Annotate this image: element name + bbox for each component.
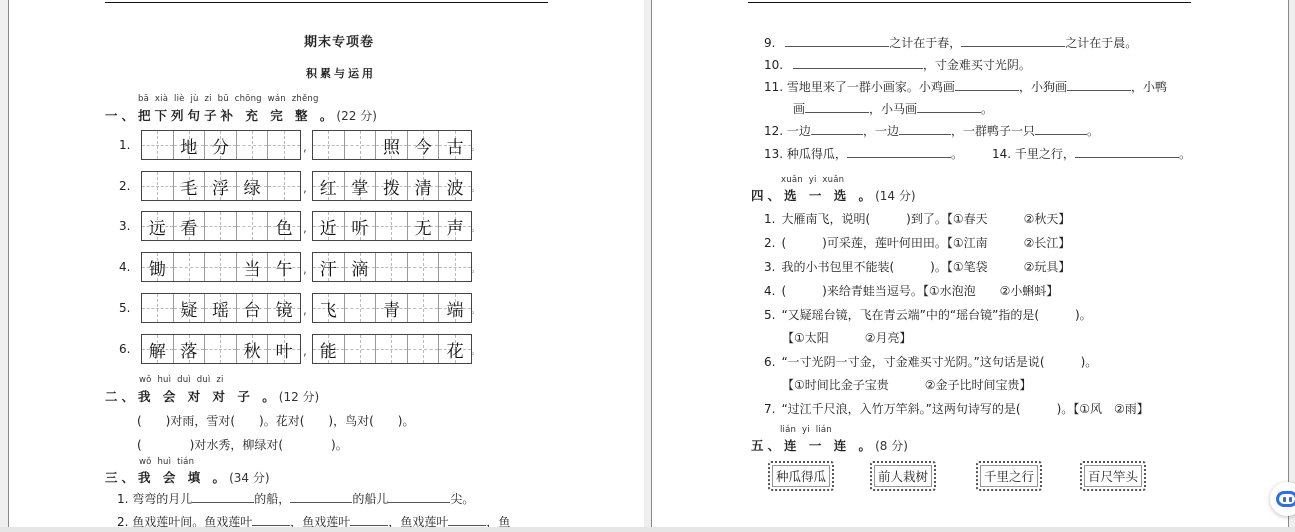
grid-cell[interactable]: 滴 xyxy=(345,253,377,281)
grid-cell[interactable]: 当 xyxy=(237,253,269,281)
grid-char: 清 xyxy=(415,174,432,199)
grid-char: 花 xyxy=(447,337,464,362)
question-text: 大雁南飞，说明( )到了。 xyxy=(781,212,946,226)
grid-cell[interactable]: 瑶 xyxy=(205,294,237,322)
grid-char: 青 xyxy=(383,296,400,321)
grid-char: 无 xyxy=(415,214,432,239)
answer-blank[interactable] xyxy=(899,122,951,135)
item-text: ，寸金难买寸光阴。 xyxy=(923,58,1031,72)
fill-item-13: 13. 种瓜得瓜，。 xyxy=(764,145,963,162)
grid-row-number: 4. xyxy=(119,260,130,274)
item-number: 1. xyxy=(117,492,128,506)
fill-item-10: 10. ，寸金难买寸光阴。 xyxy=(764,56,1031,73)
question-text: “又疑瑶台镜，飞在青云端”中的“瑶台镜”指的是( )。 xyxy=(781,308,1091,322)
grid-cell[interactable] xyxy=(237,212,269,240)
grid-cell[interactable] xyxy=(439,253,471,281)
grid-char: 疑 xyxy=(180,296,197,321)
item-text: 的船儿 xyxy=(352,492,388,506)
grid-char: 当 xyxy=(244,255,261,280)
grid-char: 声 xyxy=(447,214,464,239)
grid-cell[interactable]: 镜 xyxy=(268,294,300,322)
grid-cell[interactable] xyxy=(345,335,377,363)
answer-options[interactable]: 【①水泡泡 ②小蝌蚪】 xyxy=(923,284,1059,298)
answer-blank[interactable] xyxy=(388,490,450,503)
answer-blank[interactable] xyxy=(961,34,1065,47)
grid-cell[interactable]: 午 xyxy=(268,253,300,281)
grid-comma: , xyxy=(303,344,307,358)
item-number: 7. xyxy=(764,402,775,416)
grid-box-right: 照今古 xyxy=(312,130,472,160)
grid-box-left: 疑瑶台镜 xyxy=(141,293,301,323)
item-text: 的船， xyxy=(254,492,290,506)
grid-cell[interactable] xyxy=(205,253,237,281)
grid-char: 分 xyxy=(212,133,229,158)
grid-char: 午 xyxy=(276,255,293,280)
grid-cell[interactable] xyxy=(345,131,377,159)
couplet-line-1: ( )对雨，雪对( )。花对( )，鸟对( )。 xyxy=(137,412,414,429)
document-title: 期末专项卷 xyxy=(304,31,374,50)
grid-char: 掌 xyxy=(351,174,368,199)
item-text: 弯弯的月儿 xyxy=(132,492,192,506)
grid-char: 远 xyxy=(149,214,166,239)
answer-blank[interactable] xyxy=(350,513,388,526)
item-text: ，小鸭 xyxy=(1131,80,1167,94)
grid-cell[interactable] xyxy=(376,212,408,240)
item-text: ，鱼戏莲叶 xyxy=(290,515,350,527)
grid-char: 看 xyxy=(180,214,197,239)
grid-box-right: 近听无声 xyxy=(312,211,472,241)
section1-pinyin: bā xià liè jù zi bū chōng wán zhěng xyxy=(138,94,319,104)
item-text: ，小狗画 xyxy=(1019,80,1067,94)
item-text: 之计在于春， xyxy=(889,36,961,50)
question-text: 我的小书包里不能装( )。 xyxy=(781,260,946,274)
grid-cell[interactable]: 分 xyxy=(205,131,237,159)
grid-cell[interactable] xyxy=(268,131,300,159)
item-number: 9. xyxy=(764,36,775,50)
header-rule xyxy=(748,2,1191,3)
grid-row-number: 6. xyxy=(119,342,130,356)
grid-char: 色 xyxy=(276,214,293,239)
choice-item-5-options-line: 【①太阳 ②月亮】 xyxy=(782,329,912,346)
grid-cell[interactable] xyxy=(408,253,440,281)
section2-heading: 二、我 会 对 对 子 。(12 分) xyxy=(105,387,319,405)
grid-cell[interactable]: 浮 xyxy=(205,172,237,200)
chat-bubble-icon xyxy=(1276,491,1295,507)
grid-cell[interactable]: 地 xyxy=(174,131,206,159)
item-number: 13. xyxy=(764,147,783,161)
grid-char: 今 xyxy=(415,133,432,158)
match-card-4[interactable]: 百尺竿头 xyxy=(1080,461,1146,491)
grid-cell[interactable]: 花 xyxy=(439,335,471,363)
grid-cell[interactable] xyxy=(174,253,206,281)
item-text: 一边 xyxy=(787,124,811,138)
answer-blank[interactable] xyxy=(917,100,981,113)
grid-cell[interactable]: 汗 xyxy=(313,253,345,281)
page-right: 9. 之计在于春，之计在于晨。 10. ，寸金难买寸光阴。 11. 雪地里来了一… xyxy=(651,0,1289,527)
item-number: 2. xyxy=(117,515,128,527)
item-text: 尖。 xyxy=(450,492,474,506)
answer-blank[interactable] xyxy=(793,56,923,69)
question-text: “过江千尺浪，入竹万竿斜。”这两句诗写的是( )。 xyxy=(781,402,1073,416)
section4-points: (14 分) xyxy=(875,189,915,203)
answer-blank[interactable] xyxy=(252,513,290,526)
grid-cell[interactable]: 掌 xyxy=(345,172,377,200)
document-subtitle: 积累与运用 xyxy=(306,65,376,81)
grid-box-left: 毛浮绿 xyxy=(141,171,301,201)
choice-item-2: 2.( )可采莲，莲叶何田田。【①江南 ②长江】 xyxy=(764,234,1070,251)
grid-cell[interactable]: 色 xyxy=(268,212,300,240)
item-text: 千里之行， xyxy=(1015,147,1075,161)
grid-char: 照 xyxy=(383,133,400,158)
item-text: ，鱼戏莲叶 xyxy=(388,515,448,527)
page-left: 期末专项卷 积累与运用 bā xià liè jù zi bū chōng wá… xyxy=(8,0,644,527)
grid-cell[interactable]: 声 xyxy=(439,212,471,240)
grid-cell[interactable] xyxy=(408,335,440,363)
item-text: 鱼戏莲叶间。鱼戏莲叶 xyxy=(132,515,252,527)
section4-heading: 四、选 一 选 。(14 分) xyxy=(751,186,916,204)
section1-heading: 一、把下列句子补 充 完 整 。(22 分) xyxy=(105,106,377,124)
grid-box-right: 飞青端 xyxy=(312,293,472,323)
section5-heading: 五、连 一 连 。(8 分) xyxy=(751,436,908,454)
grid-cell[interactable]: 看 xyxy=(174,212,206,240)
grid-cell[interactable]: 清 xyxy=(408,172,440,200)
item-number: 11. xyxy=(764,80,783,94)
section3-points: (34 分) xyxy=(229,471,269,485)
grid-comma: , xyxy=(303,181,307,195)
section5-points: (8 分) xyxy=(875,439,908,453)
answer-options[interactable]: 【①时间比金子宝贵 ②金子比时间宝贵】 xyxy=(782,378,1032,392)
choice-item-4: 4.( )来给青蛙当逗号。【①水泡泡 ②小蝌蚪】 xyxy=(764,282,1058,299)
grid-char: 毛 xyxy=(180,174,197,199)
answer-options[interactable]: 【①江南 ②长江】 xyxy=(947,236,1071,250)
grid-cell[interactable] xyxy=(205,335,237,363)
grid-cell[interactable] xyxy=(376,253,408,281)
grid-row-number: 1. xyxy=(119,138,130,152)
grid-period: 。 xyxy=(471,344,480,357)
grid-char: 拨 xyxy=(383,174,400,199)
item-number: 2. xyxy=(764,236,775,250)
grid-char: 波 xyxy=(447,174,464,199)
item-text: 。 xyxy=(951,147,963,161)
choice-item-6-options-line: 【①时间比金子宝贵 ②金子比时间宝贵】 xyxy=(782,376,1032,393)
grid-cell[interactable] xyxy=(345,294,377,322)
grid-cell[interactable] xyxy=(408,294,440,322)
match-card-1[interactable]: 种瓜得瓜 xyxy=(768,461,834,491)
answer-blank[interactable] xyxy=(805,100,869,113)
grid-cell[interactable]: 远 xyxy=(142,212,174,240)
item-text: ，一边 xyxy=(863,124,899,138)
grid-box-right: 汗滴 xyxy=(312,252,472,282)
section2-pinyin: wǒ huì duì duì zi xyxy=(139,375,224,385)
grid-cell[interactable] xyxy=(205,212,237,240)
grid-period: 。 xyxy=(471,221,480,234)
grid-period: 。 xyxy=(471,303,480,316)
match-card-3[interactable]: 千里之行 xyxy=(976,461,1042,491)
item-text: 之计在于晨。 xyxy=(1065,36,1137,50)
grid-cell[interactable]: 疑 xyxy=(174,294,206,322)
grid-char: 地 xyxy=(180,133,197,158)
grid-char: 瑶 xyxy=(212,296,229,321)
section1-points: (22 分) xyxy=(336,109,376,123)
grid-cell[interactable] xyxy=(142,294,174,322)
grid-box-left: 远看色 xyxy=(141,211,301,241)
choice-item-1: 1.大雁南飞，说明( )到了。【①春天 ②秋天】 xyxy=(764,210,1070,227)
grid-cell[interactable]: 红 xyxy=(313,172,345,200)
grid-cell[interactable]: 近 xyxy=(313,212,345,240)
grid-cell[interactable]: 听 xyxy=(345,212,377,240)
section5-heading-text: 五、连 一 连 。 xyxy=(751,438,875,453)
question-text: “一寸光阴一寸金，寸金难买寸光阴。”这句话是说( )。 xyxy=(781,355,1097,369)
section4-heading-text: 四、选 一 选 。 xyxy=(751,188,875,203)
item-text: 雪地里来了一群小画家。小鸡画 xyxy=(787,80,955,94)
item-number: 4. xyxy=(764,284,775,298)
section3-heading: 三、我 会 填 。(34 分) xyxy=(105,468,270,486)
item-number: 1. xyxy=(764,212,775,226)
grid-cell[interactable]: 绿 xyxy=(237,172,269,200)
grid-char: 绿 xyxy=(244,174,261,199)
answer-options[interactable]: 【①风 ②雨】 xyxy=(1073,402,1149,416)
grid-box-left: 地分 xyxy=(141,130,301,160)
item-number: 10. xyxy=(764,58,783,72)
grid-period: 。 xyxy=(471,262,480,275)
grid-char: 端 xyxy=(447,296,464,321)
grid-comma: , xyxy=(303,262,307,276)
grid-char: 飞 xyxy=(320,296,337,321)
grid-cell[interactable]: 叶 xyxy=(268,335,300,363)
question-text: ( )来给青蛙当逗号。 xyxy=(781,284,922,298)
grid-char: 听 xyxy=(351,214,368,239)
answer-blank[interactable] xyxy=(290,490,352,503)
grid-char: 秋 xyxy=(244,337,261,362)
grid-row-number: 5. xyxy=(119,301,130,315)
grid-cell[interactable] xyxy=(268,172,300,200)
answer-blank[interactable] xyxy=(785,34,889,47)
grid-row-number: 2. xyxy=(119,179,130,193)
choice-item-7: 7.“过江千尺浪，入竹万竿斜。”这两句诗写的是( )。【①风 ②雨】 xyxy=(764,400,1149,417)
item-text: ，鱼 xyxy=(486,515,510,527)
grid-cell[interactable]: 能 xyxy=(313,335,345,363)
bubble-dot xyxy=(1289,497,1292,502)
grid-char: 解 xyxy=(149,337,166,362)
item-text: 。 xyxy=(1087,124,1099,138)
answer-options[interactable]: 【①笔袋 ②玩具】 xyxy=(947,260,1071,274)
section2-points: (12 分) xyxy=(279,390,319,404)
header-rule xyxy=(105,2,548,3)
grid-char: 近 xyxy=(320,214,337,239)
bubble-dot xyxy=(1283,497,1286,502)
grid-cell[interactable]: 解 xyxy=(142,335,174,363)
grid-char: 浮 xyxy=(212,174,229,199)
item-text: 。 xyxy=(981,102,993,116)
grid-cell[interactable] xyxy=(376,335,408,363)
grid-cell[interactable]: 青 xyxy=(376,294,408,322)
item-number: 3. xyxy=(764,260,775,274)
item-number: 14. xyxy=(992,147,1011,161)
answer-blank[interactable] xyxy=(192,490,254,503)
grid-cell[interactable] xyxy=(313,131,345,159)
item-number: 6. xyxy=(764,355,775,369)
fill-item-12: 12. 一边，一边，一群鸭子一只。 xyxy=(764,122,1099,139)
section1-heading-text: 一、把下列句子补 充 完 整 。 xyxy=(105,108,336,123)
grid-char: 落 xyxy=(180,337,197,362)
grid-comma: , xyxy=(303,221,307,235)
grid-cell[interactable] xyxy=(142,172,174,200)
fill-item-11: 11. 雪地里来了一群小画家。小鸡画，小狗画，小鸭 xyxy=(764,78,1167,95)
choice-item-3: 3.我的小书包里不能装( )。【①笔袋 ②玩具】 xyxy=(764,258,1070,275)
item-text: ，小马画 xyxy=(869,102,917,116)
grid-box-right: 红掌拨清波 xyxy=(312,171,472,201)
answer-blank[interactable] xyxy=(955,78,1019,91)
grid-cell[interactable]: 飞 xyxy=(313,294,345,322)
item-text: ，一群鸭子一只 xyxy=(951,124,1035,138)
section2-heading-text: 二、我 会 对 对 子 。 xyxy=(105,389,279,404)
grid-cell[interactable]: 落 xyxy=(174,335,206,363)
fill-item-1: 1. 弯弯的月儿的船，的船儿尖。 xyxy=(117,490,474,507)
horizontal-scroll-track[interactable] xyxy=(0,527,1295,532)
answer-blank[interactable] xyxy=(847,145,951,158)
grid-char: 锄 xyxy=(149,255,166,280)
section3-pinyin: wǒ huì tián xyxy=(139,457,194,467)
fill-item-9: 9. 之计在于春，之计在于晨。 xyxy=(764,34,1137,51)
grid-char: 汗 xyxy=(320,255,337,280)
grid-box-right: 能花 xyxy=(312,334,472,364)
grid-char: 叶 xyxy=(276,337,293,362)
answer-blank[interactable] xyxy=(1067,78,1131,91)
grid-cell[interactable]: 古 xyxy=(439,131,471,159)
answer-blank[interactable] xyxy=(1075,145,1179,158)
grid-char: 红 xyxy=(320,174,337,199)
choice-item-6: 6.“一寸光阴一寸金，寸金难买寸光阴。”这句话是说( )。 xyxy=(764,353,1097,370)
grid-char: 古 xyxy=(447,133,464,158)
section4-pinyin: xuǎn yi xuǎn xyxy=(781,175,844,185)
grid-cell[interactable] xyxy=(142,131,174,159)
grid-period: 。 xyxy=(471,181,480,194)
grid-cell[interactable]: 拨 xyxy=(376,172,408,200)
grid-row-number: 3. xyxy=(119,219,130,233)
answer-blank[interactable] xyxy=(1035,122,1087,135)
grid-box-left: 解落秋叶 xyxy=(141,334,301,364)
grid-cell[interactable]: 端 xyxy=(439,294,471,322)
grid-cell[interactable]: 波 xyxy=(439,172,471,200)
choice-item-5: 5.“又疑瑶台镜，飞在青云端”中的“瑶台镜”指的是( )。 xyxy=(764,306,1092,323)
fill-item-14: 14. 千里之行，。 xyxy=(992,145,1191,162)
fill-item-2: 2. 鱼戏莲叶间。鱼戏莲叶，鱼戏莲叶，鱼戏莲叶，鱼 xyxy=(117,513,510,527)
item-text: 。 xyxy=(1179,147,1191,161)
grid-char: 镜 xyxy=(276,296,293,321)
item-text: 画 xyxy=(793,102,805,116)
question-text: ( )可采莲，莲叶何田田。 xyxy=(781,236,946,250)
section3-heading-text: 三、我 会 填 。 xyxy=(105,470,229,485)
grid-cell[interactable]: 毛 xyxy=(174,172,206,200)
grid-box-left: 锄当午 xyxy=(141,252,301,282)
grid-cell[interactable]: 今 xyxy=(408,131,440,159)
grid-cell[interactable]: 照 xyxy=(376,131,408,159)
grid-char: 台 xyxy=(244,296,261,321)
answer-blank[interactable] xyxy=(448,513,486,526)
grid-comma: , xyxy=(303,303,307,317)
match-card-2[interactable]: 前人栽树 xyxy=(870,461,936,491)
grid-cell[interactable]: 锄 xyxy=(142,253,174,281)
grid-char: 能 xyxy=(320,337,337,362)
section5-pinyin: lián yi lián xyxy=(780,425,832,435)
answer-options[interactable]: 【①太阳 ②月亮】 xyxy=(782,331,912,345)
item-number: 12. xyxy=(764,124,783,138)
grid-period: 。 xyxy=(471,140,480,153)
answer-options[interactable]: 【①春天 ②秋天】 xyxy=(947,212,1071,226)
fill-item-11-cont: 画，小马画。 xyxy=(793,100,993,117)
couplet-line-2: ( )对水秀，柳绿对( )。 xyxy=(137,436,348,453)
grid-comma: , xyxy=(303,140,307,154)
answer-blank[interactable] xyxy=(811,122,863,135)
grid-cell[interactable]: 无 xyxy=(408,212,440,240)
grid-cell[interactable] xyxy=(237,131,269,159)
item-text: 种瓜得瓜， xyxy=(787,147,847,161)
grid-cell[interactable]: 台 xyxy=(237,294,269,322)
grid-cell[interactable]: 秋 xyxy=(237,335,269,363)
grid-char: 滴 xyxy=(351,255,368,280)
item-number: 5. xyxy=(764,308,775,322)
